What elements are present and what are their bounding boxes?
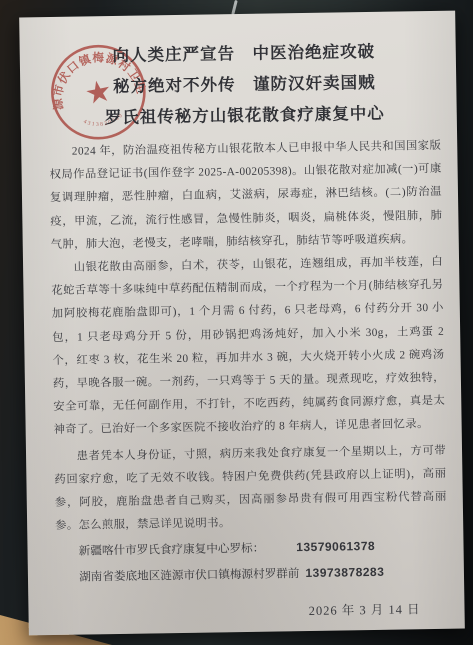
contact-label-xinjiang: 新疆喀什市罗氏食疗康复中心罗标： [79, 542, 265, 558]
paragraph-patient-policy: 患者凭本人身份证，寸照，病历来我处食疗康复一个星期以上，方可带药回家疗愈，吃了无… [54, 439, 447, 538]
title-block: 向人类庄严宣告 中医治绝症攻破 秘方绝对不外传 谨防汉奸卖国贼 罗氏祖传秘方山银… [48, 35, 441, 134]
contact-label-hunan: 湖南省娄底地区涟源市伏口镇梅源村罗群前 [79, 568, 299, 584]
photo-scene: 涟源市伏口镇梅源村卫生室 4313820000 ★ 向人类庄严宣告 中医治绝症攻… [0, 0, 473, 645]
flyer-paper: 涟源市伏口镇梅源村卫生室 4313820000 ★ 向人类庄严宣告 中医治绝症攻… [19, 11, 465, 636]
paragraph-copyright-claims: 2024 年，防治温疫祖传秘方山银花散本人已申报中华人民共和国国家版权局作品登记… [49, 135, 443, 257]
paragraph-recipe-usage: 山银花散由高丽参，白术，茯苓，山银花，连翘组成，再加半枝莲，白花蛇舌草等十多味纯… [51, 251, 446, 443]
contact-line-hunan: 湖南省娄底地区涟源市伏口镇梅源村罗群前13973878283 [56, 559, 448, 590]
date-line: 2026 年 3 月 14 日 [56, 599, 448, 623]
contact-phone-xinjiang: 13579061378 [296, 539, 375, 554]
title-line-center-name: 罗氏祖传秘方山银花散食疗康复中心 [49, 97, 441, 134]
document-content: 向人类庄严宣告 中医治绝症攻破 秘方绝对不外传 谨防汉奸卖国贼 罗氏祖传秘方山银… [19, 11, 464, 624]
contact-phone-hunan: 13973878283 [305, 565, 384, 580]
